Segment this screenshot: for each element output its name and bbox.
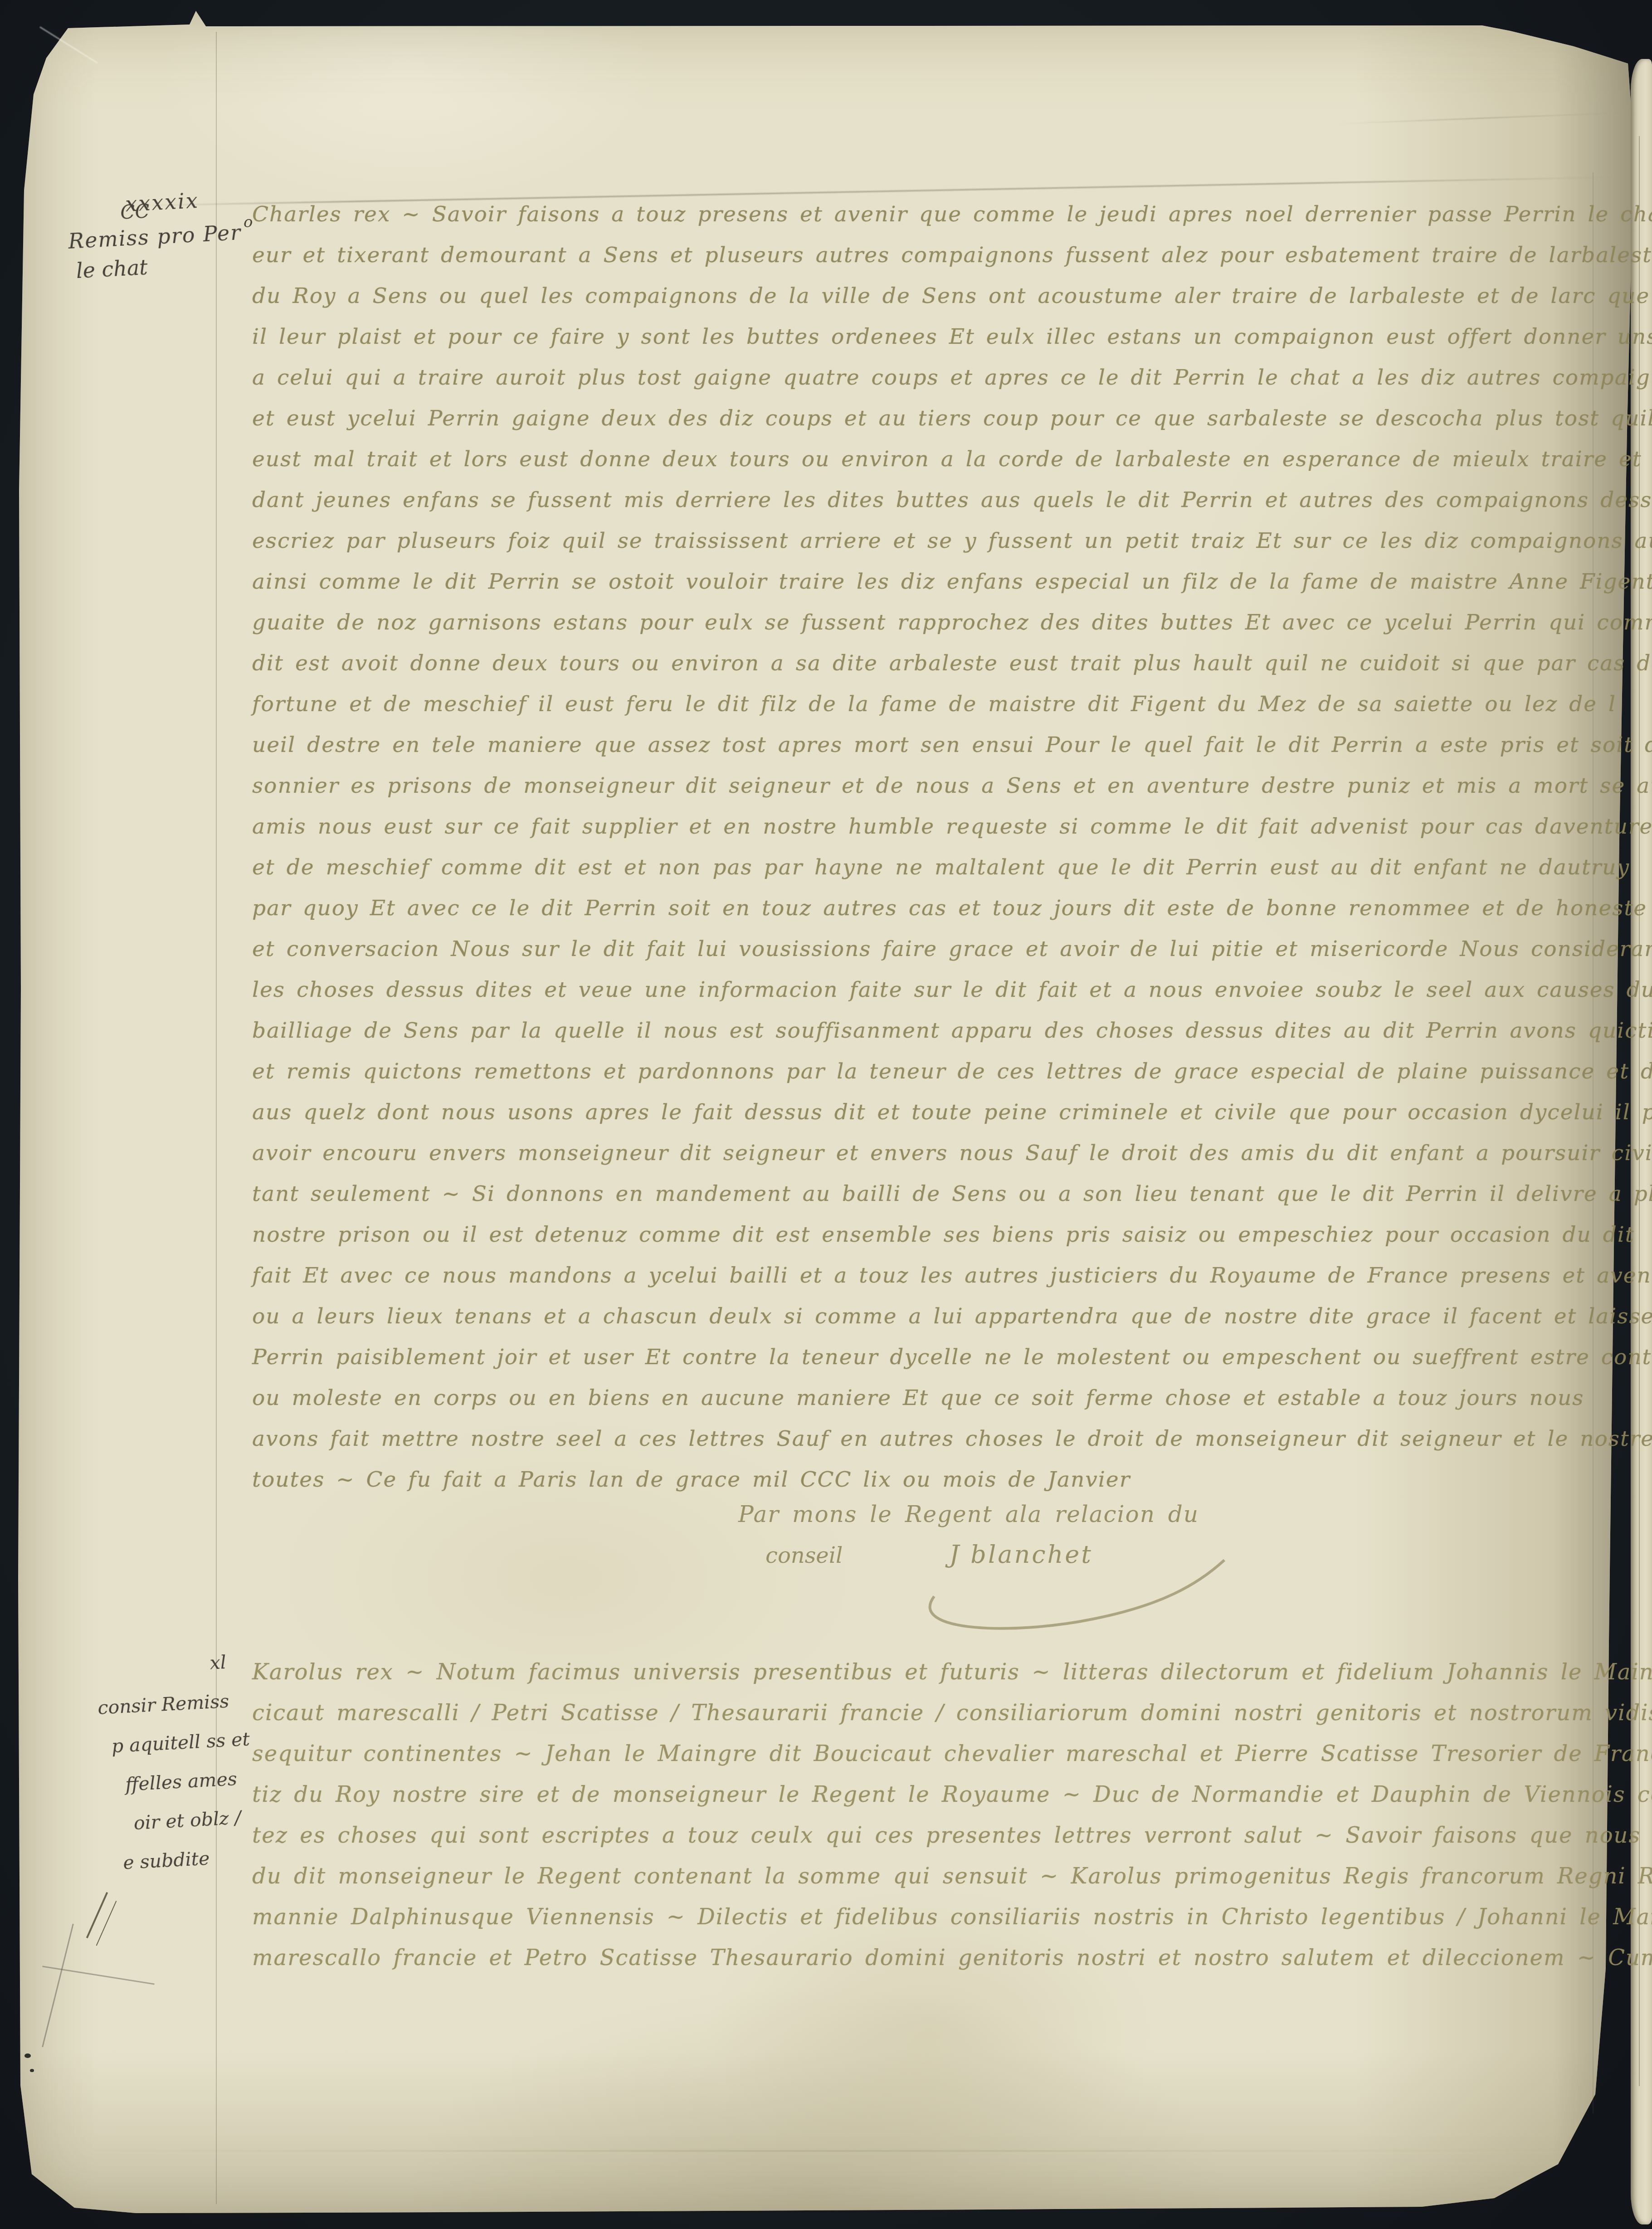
manuscript-text-line: amis nous eust sur ce fait supplier et e… [252,806,1652,847]
margin-note-bottom: xlconsir Remissp aquitell ss etffelles a… [95,1642,257,1883]
manuscript-text-line: les choses dessus dites et veue une info… [252,970,1652,1010]
manuscript-text-line: mannie Dalphinusque Viennensis ~ Dilecti… [252,1897,1652,1937]
manuscript-photo: { "folio": { "margin_note_top": { "numbe… [0,0,1652,2229]
subscription-line: conseil [765,1543,843,1568]
margin-note-line: xl [209,1642,247,1683]
manuscript-text-line: avons fait mettre nostre seel a ces lett… [252,1419,1652,1459]
margin-note-line: p aquitell ss et [111,1719,251,1766]
paragraph-mark: o [244,213,253,231]
manuscript-text-line: guaite de noz garnisons estans pour eulx… [252,602,1652,643]
manuscript-text-line: eur et tixerant demourant a Sens et plus… [252,235,1652,276]
manuscript-text-line: aus quelz dont nous usons apres le fait … [252,1092,1652,1133]
manuscript-text-line: ou moleste en corps ou en biens en aucun… [252,1378,1652,1419]
manuscript-text-line: et de meschief comme dit est et non pas … [252,847,1652,888]
manuscript-text-line: du Roy a Sens ou quel les compaignons de… [252,276,1652,317]
manuscript-text-line: cicaut marescalli / Petri Scatisse / The… [252,1692,1652,1733]
margin-note-line: oir et oblz / [133,1797,255,1843]
manuscript-text-line: avoir encouru envers monseigneur dit sei… [252,1133,1652,1174]
act-french-remission: Charles rex ~ Savoir faisons a touz pres… [252,194,1652,1500]
manuscript-text-line: tant seulement ~ Si donnons en mandement… [252,1174,1652,1214]
manuscript-text-line: et eust ycelui Perrin gaigne deux des di… [252,398,1652,439]
manuscript-text-line: il leur plaist et pour ce faire y sont l… [252,317,1652,357]
manuscript-text-line: eust mal trait et lors eust donne deux t… [252,439,1652,480]
manuscript-text-line: et conversacion Nous sur le dit fait lui… [252,929,1652,970]
manuscript-text-line: ueil destre en tele maniere que assez to… [252,725,1652,766]
manuscript-text-line: dit est avoit donne deux tours ou enviro… [252,643,1652,684]
manuscript-text-line: marescallo francie et Petro Scatisse The… [252,1937,1652,1978]
manuscript-text-line: escriez par pluseurs foiz quil se traiss… [252,521,1652,561]
left-ruling-line [216,32,217,2204]
manuscript-text-line: ainsi comme le dit Perrin se ostoit voul… [252,561,1652,602]
manuscript-text-line: du dit monseigneur le Regent contenant l… [252,1856,1652,1897]
manuscript-text-line: nostre prison ou il est detenuz comme di… [252,1214,1652,1255]
act-latin-confirmation: Karolus rex ~ Notum facimus universis pr… [252,1652,1652,1978]
manuscript-text-line: bailliage de Sens par la quelle il nous … [252,1010,1652,1051]
manuscript-text-line: par quoy Et avec ce le dit Perrin soit e… [252,888,1652,929]
manuscript-text-line: Charles rex ~ Savoir faisons a touz pres… [252,194,1652,235]
bottom-crease [100,2151,1496,2151]
manuscript-text-line: ou a leurs lieux tenans et a chascun deu… [252,1296,1652,1337]
manuscript-text-line: et remis quictons remettons et pardonnon… [252,1051,1652,1092]
ink-speck [30,2069,34,2072]
manuscript-text-line: a celui qui a traire auroit plus tost ga… [252,357,1652,398]
manuscript-text-line: Karolus rex ~ Notum facimus universis pr… [252,1652,1652,1692]
manuscript-text-line: dant jeunes enfans se fussent mis derrie… [252,480,1652,521]
manuscript-text-line: sonnier es prisons de monseigneur dit se… [252,766,1652,806]
margin-note-top: xxxxix CC Remiss pro Per le chat [66,186,244,283]
manuscript-text-line: sequitur continentes ~ Jehan le Maingre … [252,1733,1652,1774]
manuscript-text-line: fortune et de meschief il eust feru le d… [252,684,1652,725]
manuscript-text-line: fait Et avec ce nous mandons a ycelui ba… [252,1255,1652,1296]
subscription-line: Par mons le Regent ala relacion du [738,1501,1199,1527]
manuscript-text-line: tiz du Roy nostre sire et de monseigneur… [252,1774,1652,1815]
margin-note-line: ffelles ames [124,1758,253,1804]
manuscript-text-line: tez es choses qui sont escriptes a touz … [252,1815,1652,1856]
margin-note-line: Remiss pro Per [68,220,242,254]
signature-paraph-flourish [880,1542,1252,1642]
manuscript-text-line: Perrin paisiblement joir et user Et cont… [252,1337,1652,1378]
margin-note-line: e subdite [122,1836,257,1882]
manuscript-text-line: toutes ~ Ce fu fait a Paris lan de grace… [252,1459,1652,1500]
ink-speck [24,2053,31,2058]
